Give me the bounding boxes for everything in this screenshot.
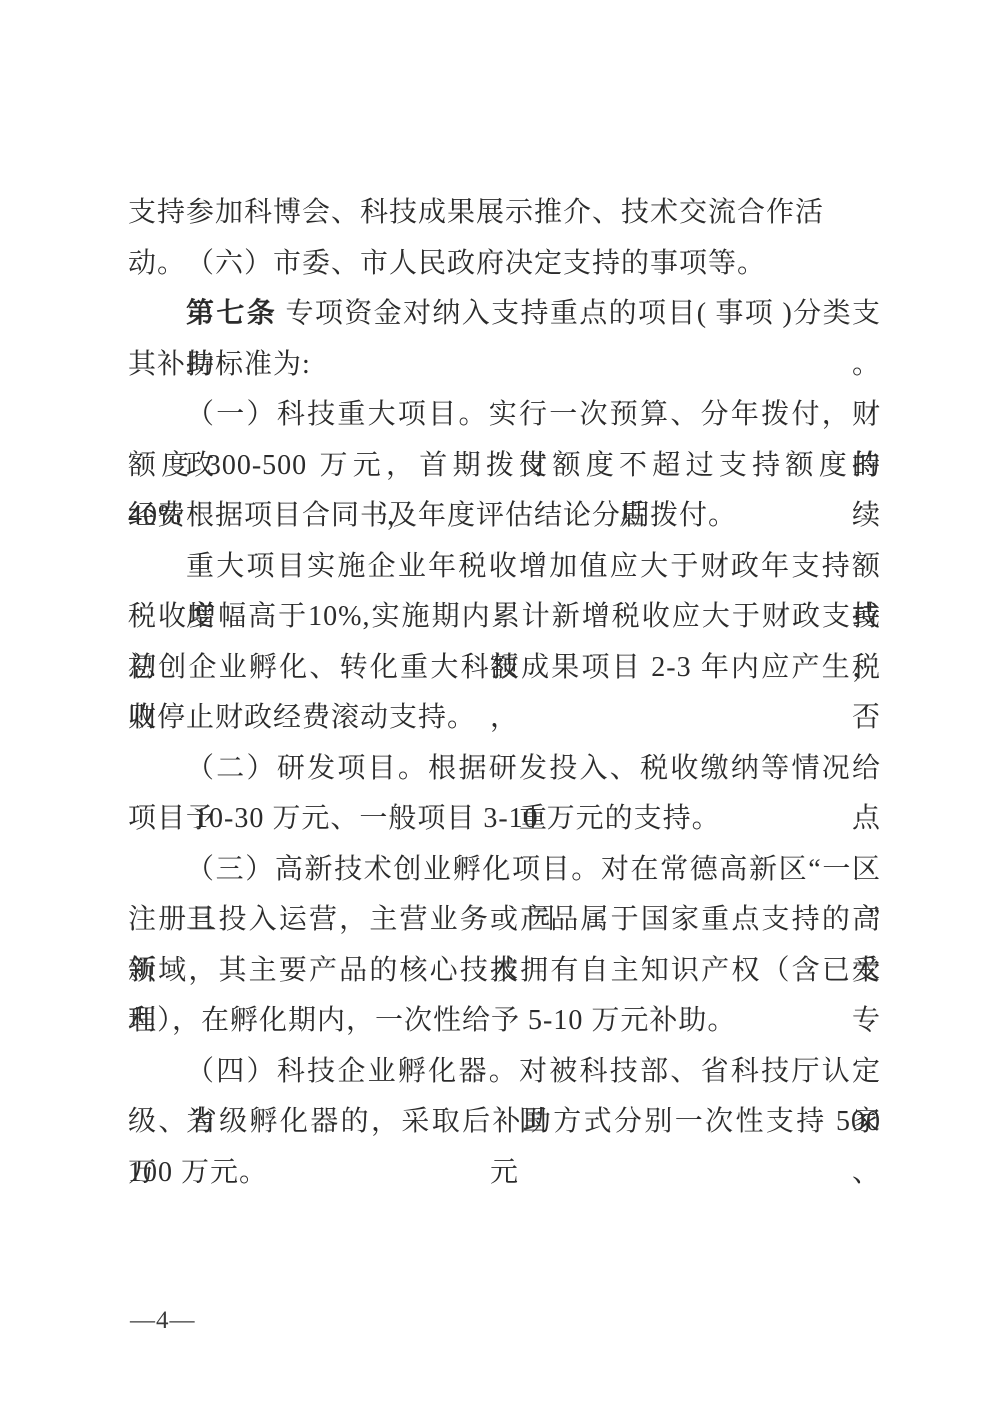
document-line: （二）研发项目。根据研发投入、税收缴纳等情况给予重点 [128, 744, 881, 795]
document-line: 第七条 专项资金对纳入支持重点的项目( 事项 )分类支持。 [128, 289, 881, 340]
document-line: 重大项目实施企业年税收增加值应大于财政年支持额度或 [128, 542, 881, 593]
document-line: 领域，其主要产品的核心技术拥有自主知识产权（含已受理专 [128, 946, 881, 997]
document-body: 支持参加科博会、科技成果展示推介、技术交流合作活动。（六）市委、市人民政府决定支… [128, 188, 881, 1198]
document-line: 级、省级孵化器的，采取后补助方式分别一次性支持 500 万元、 [128, 1097, 881, 1148]
document-line: （三）高新技术创业孵化项目。对在常德高新区“一区三园” [128, 845, 881, 896]
document-line: 初创企业孵化、转化重大科技成果项目 2-3 年内应产生税收，否 [128, 643, 881, 694]
document-line: （四）科技企业孵化器。对被科技部、省科技厅认定为国家 [128, 1047, 881, 1098]
document-line: 税收增幅高于10%,实施期内累计新增税收应大于财政支持总额， [128, 592, 881, 643]
document-line: 支持参加科博会、科技成果展示推介、技术交流合作活动。 [128, 188, 881, 239]
document-line: （一）科技重大项目。实行一次预算、分年拨付，财政支持 [128, 390, 881, 441]
document-page: 支持参加科博会、科技成果展示推介、技术交流合作活动。（六）市委、市人民政府决定支… [0, 0, 1000, 1414]
document-line: 额度 300-500 万元，首期拨付额度不超过支持额度的 40%，后续 [128, 441, 881, 492]
article-number-bold: 第七条 [186, 298, 277, 329]
document-line: （六）市委、市人民政府决定支持的事项等。 [128, 239, 881, 290]
page-number: —4— [130, 1305, 196, 1337]
document-line: 注册且投入运营，主营业务或产品属于国家重点支持的高新技术 [128, 895, 881, 946]
